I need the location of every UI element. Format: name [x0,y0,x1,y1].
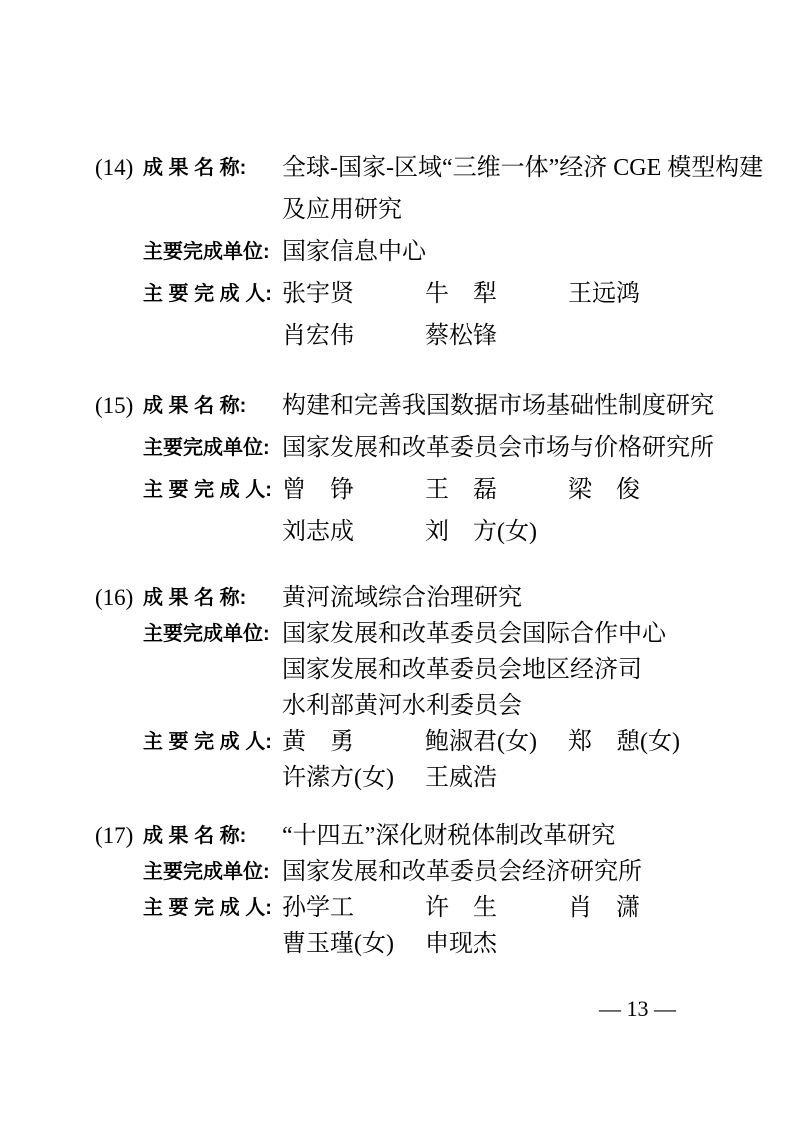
unit-list: 国家发展和改革委员会市场与价格研究所 [282,427,714,469]
people-row: 刘志成 刘 方(女) [282,511,705,553]
people-list: 曾 铮 王 磊 梁 俊 刘志成 刘 方(女) [282,469,705,553]
person-name: 王远鸿 [568,273,705,315]
result-entry-16: (16) 成 果 名 称: 黄河流域综合治理研究 主要完成单位: 国家发展和改革… [95,580,745,796]
person-name: 王威浩 [425,760,562,796]
result-title: 全球-国家-区域“三维一体”经济 CGE 模型构建 及应用研究 [282,147,763,231]
person-name: 许 生 [425,890,562,926]
result-title: 黄河流域综合治理研究 [282,580,522,616]
entry-number: (15) [95,385,143,427]
result-name-label: 成 果 名 称: [143,818,282,854]
people-row: 黄 勇 鲍淑君(女) 郑 憩(女) [282,724,705,760]
unit-name: 国家发展和改革委员会经济研究所 [282,854,642,890]
people-row: 曹玉瑾(女) 申现杰 [282,926,705,962]
main-unit-label: 主要完成单位: [143,854,282,890]
result-entry-14: (14) 成 果 名 称: 全球-国家-区域“三维一体”经济 CGE 模型构建 … [95,147,745,357]
result-title: 构建和完善我国数据市场基础性制度研究 [282,385,714,427]
result-name-row: (14) 成 果 名 称: 全球-国家-区域“三维一体”经济 CGE 模型构建 … [95,147,745,231]
people-list: 张宇贤 牛 犁 王远鸿 肖宏伟 蔡松锋 [282,273,705,357]
person-name: 曾 铮 [282,469,419,511]
person-name: 黄 勇 [282,724,419,760]
people-list: 孙学工 许 生 肖 潇 曹玉瑾(女) 申现杰 [282,890,705,962]
people-row: 许潆方(女) 王威浩 [282,760,705,796]
person-name: 申现杰 [425,926,562,962]
entry-number: (16) [95,580,143,616]
person-name: 牛 犁 [425,273,562,315]
main-unit-label: 主要完成单位: [143,616,282,652]
page-number: — 13 — [599,996,676,1022]
person-name: 刘志成 [282,511,419,553]
result-name-label: 成 果 名 称: [143,147,282,189]
entry-number: (17) [95,818,143,854]
main-people-label: 主 要 完 成 人: [143,273,282,315]
unit-list: 国家发展和改革委员会经济研究所 [282,854,642,890]
person-name: 王 磊 [425,469,562,511]
result-name-row: (16) 成 果 名 称: 黄河流域综合治理研究 [95,580,745,616]
main-people-row: 主 要 完 成 人: 孙学工 许 生 肖 潇 曹玉瑾(女) 申现杰 [95,890,745,962]
unit-name: 国家发展和改革委员会地区经济司 [282,652,666,688]
people-row: 孙学工 许 生 肖 潇 [282,890,705,926]
result-name-row: (15) 成 果 名 称: 构建和完善我国数据市场基础性制度研究 [95,385,745,427]
result-title-line: “十四五”深化财税体制改革研究 [282,818,615,854]
unit-name: 国家发展和改革委员会市场与价格研究所 [282,427,714,469]
person-name: 蔡松锋 [425,315,562,357]
person-name: 刘 方(女) [425,511,562,553]
main-people-row: 主 要 完 成 人: 张宇贤 牛 犁 王远鸿 肖宏伟 蔡松锋 [95,273,745,357]
person-name: 肖 潇 [568,890,705,926]
people-list: 黄 勇 鲍淑君(女) 郑 憩(女) 许潆方(女) 王威浩 [282,724,705,796]
unit-list: 国家信息中心 [282,231,426,273]
main-unit-row: 主要完成单位: 国家发展和改革委员会经济研究所 [95,854,745,890]
result-name-label: 成 果 名 称: [143,580,282,616]
main-unit-label: 主要完成单位: [143,231,282,273]
main-unit-row: 主要完成单位: 国家发展和改革委员会国际合作中心 国家发展和改革委员会地区经济司… [95,616,745,724]
unit-name: 国家信息中心 [282,231,426,273]
main-people-label: 主 要 完 成 人: [143,724,282,760]
person-name: 郑 憩(女) [568,724,705,760]
person-name: 张宇贤 [282,273,419,315]
main-people-label: 主 要 完 成 人: [143,469,282,511]
people-row: 曾 铮 王 磊 梁 俊 [282,469,705,511]
unit-list: 国家发展和改革委员会国际合作中心 国家发展和改革委员会地区经济司 水利部黄河水利… [282,616,666,724]
people-row: 肖宏伟 蔡松锋 [282,315,705,357]
unit-name: 水利部黄河水利委员会 [282,688,666,724]
person-name: 梁 俊 [568,469,705,511]
result-title: “十四五”深化财税体制改革研究 [282,818,615,854]
main-people-label: 主 要 完 成 人: [143,890,282,926]
result-name-label: 成 果 名 称: [143,385,282,427]
people-row: 张宇贤 牛 犁 王远鸿 [282,273,705,315]
result-title-line: 构建和完善我国数据市场基础性制度研究 [282,385,714,427]
person-name: 许潆方(女) [282,760,419,796]
person-name: 肖宏伟 [282,315,419,357]
result-entry-17: (17) 成 果 名 称: “十四五”深化财税体制改革研究 主要完成单位: 国家… [95,818,745,962]
main-unit-label: 主要完成单位: [143,427,282,469]
main-unit-row: 主要完成单位: 国家信息中心 [95,231,745,273]
person-name: 孙学工 [282,890,419,926]
entry-number: (14) [95,147,143,189]
main-people-row: 主 要 完 成 人: 黄 勇 鲍淑君(女) 郑 憩(女) 许潆方(女) 王威浩 [95,724,745,796]
result-title-line: 全球-国家-区域“三维一体”经济 CGE 模型构建 [282,147,763,189]
unit-name: 国家发展和改革委员会国际合作中心 [282,616,666,652]
main-people-row: 主 要 完 成 人: 曾 铮 王 磊 梁 俊 刘志成 刘 方(女) [95,469,745,553]
document-page: (14) 成 果 名 称: 全球-国家-区域“三维一体”经济 CGE 模型构建 … [0,0,794,1123]
results-list: (14) 成 果 名 称: 全球-国家-区域“三维一体”经济 CGE 模型构建 … [95,147,745,962]
result-entry-15: (15) 成 果 名 称: 构建和完善我国数据市场基础性制度研究 主要完成单位:… [95,385,745,553]
person-name: 曹玉瑾(女) [282,926,419,962]
main-unit-row: 主要完成单位: 国家发展和改革委员会市场与价格研究所 [95,427,745,469]
result-title-line: 黄河流域综合治理研究 [282,580,522,616]
person-name: 鲍淑君(女) [425,724,562,760]
result-title-line: 及应用研究 [282,189,763,231]
result-name-row: (17) 成 果 名 称: “十四五”深化财税体制改革研究 [95,818,745,854]
